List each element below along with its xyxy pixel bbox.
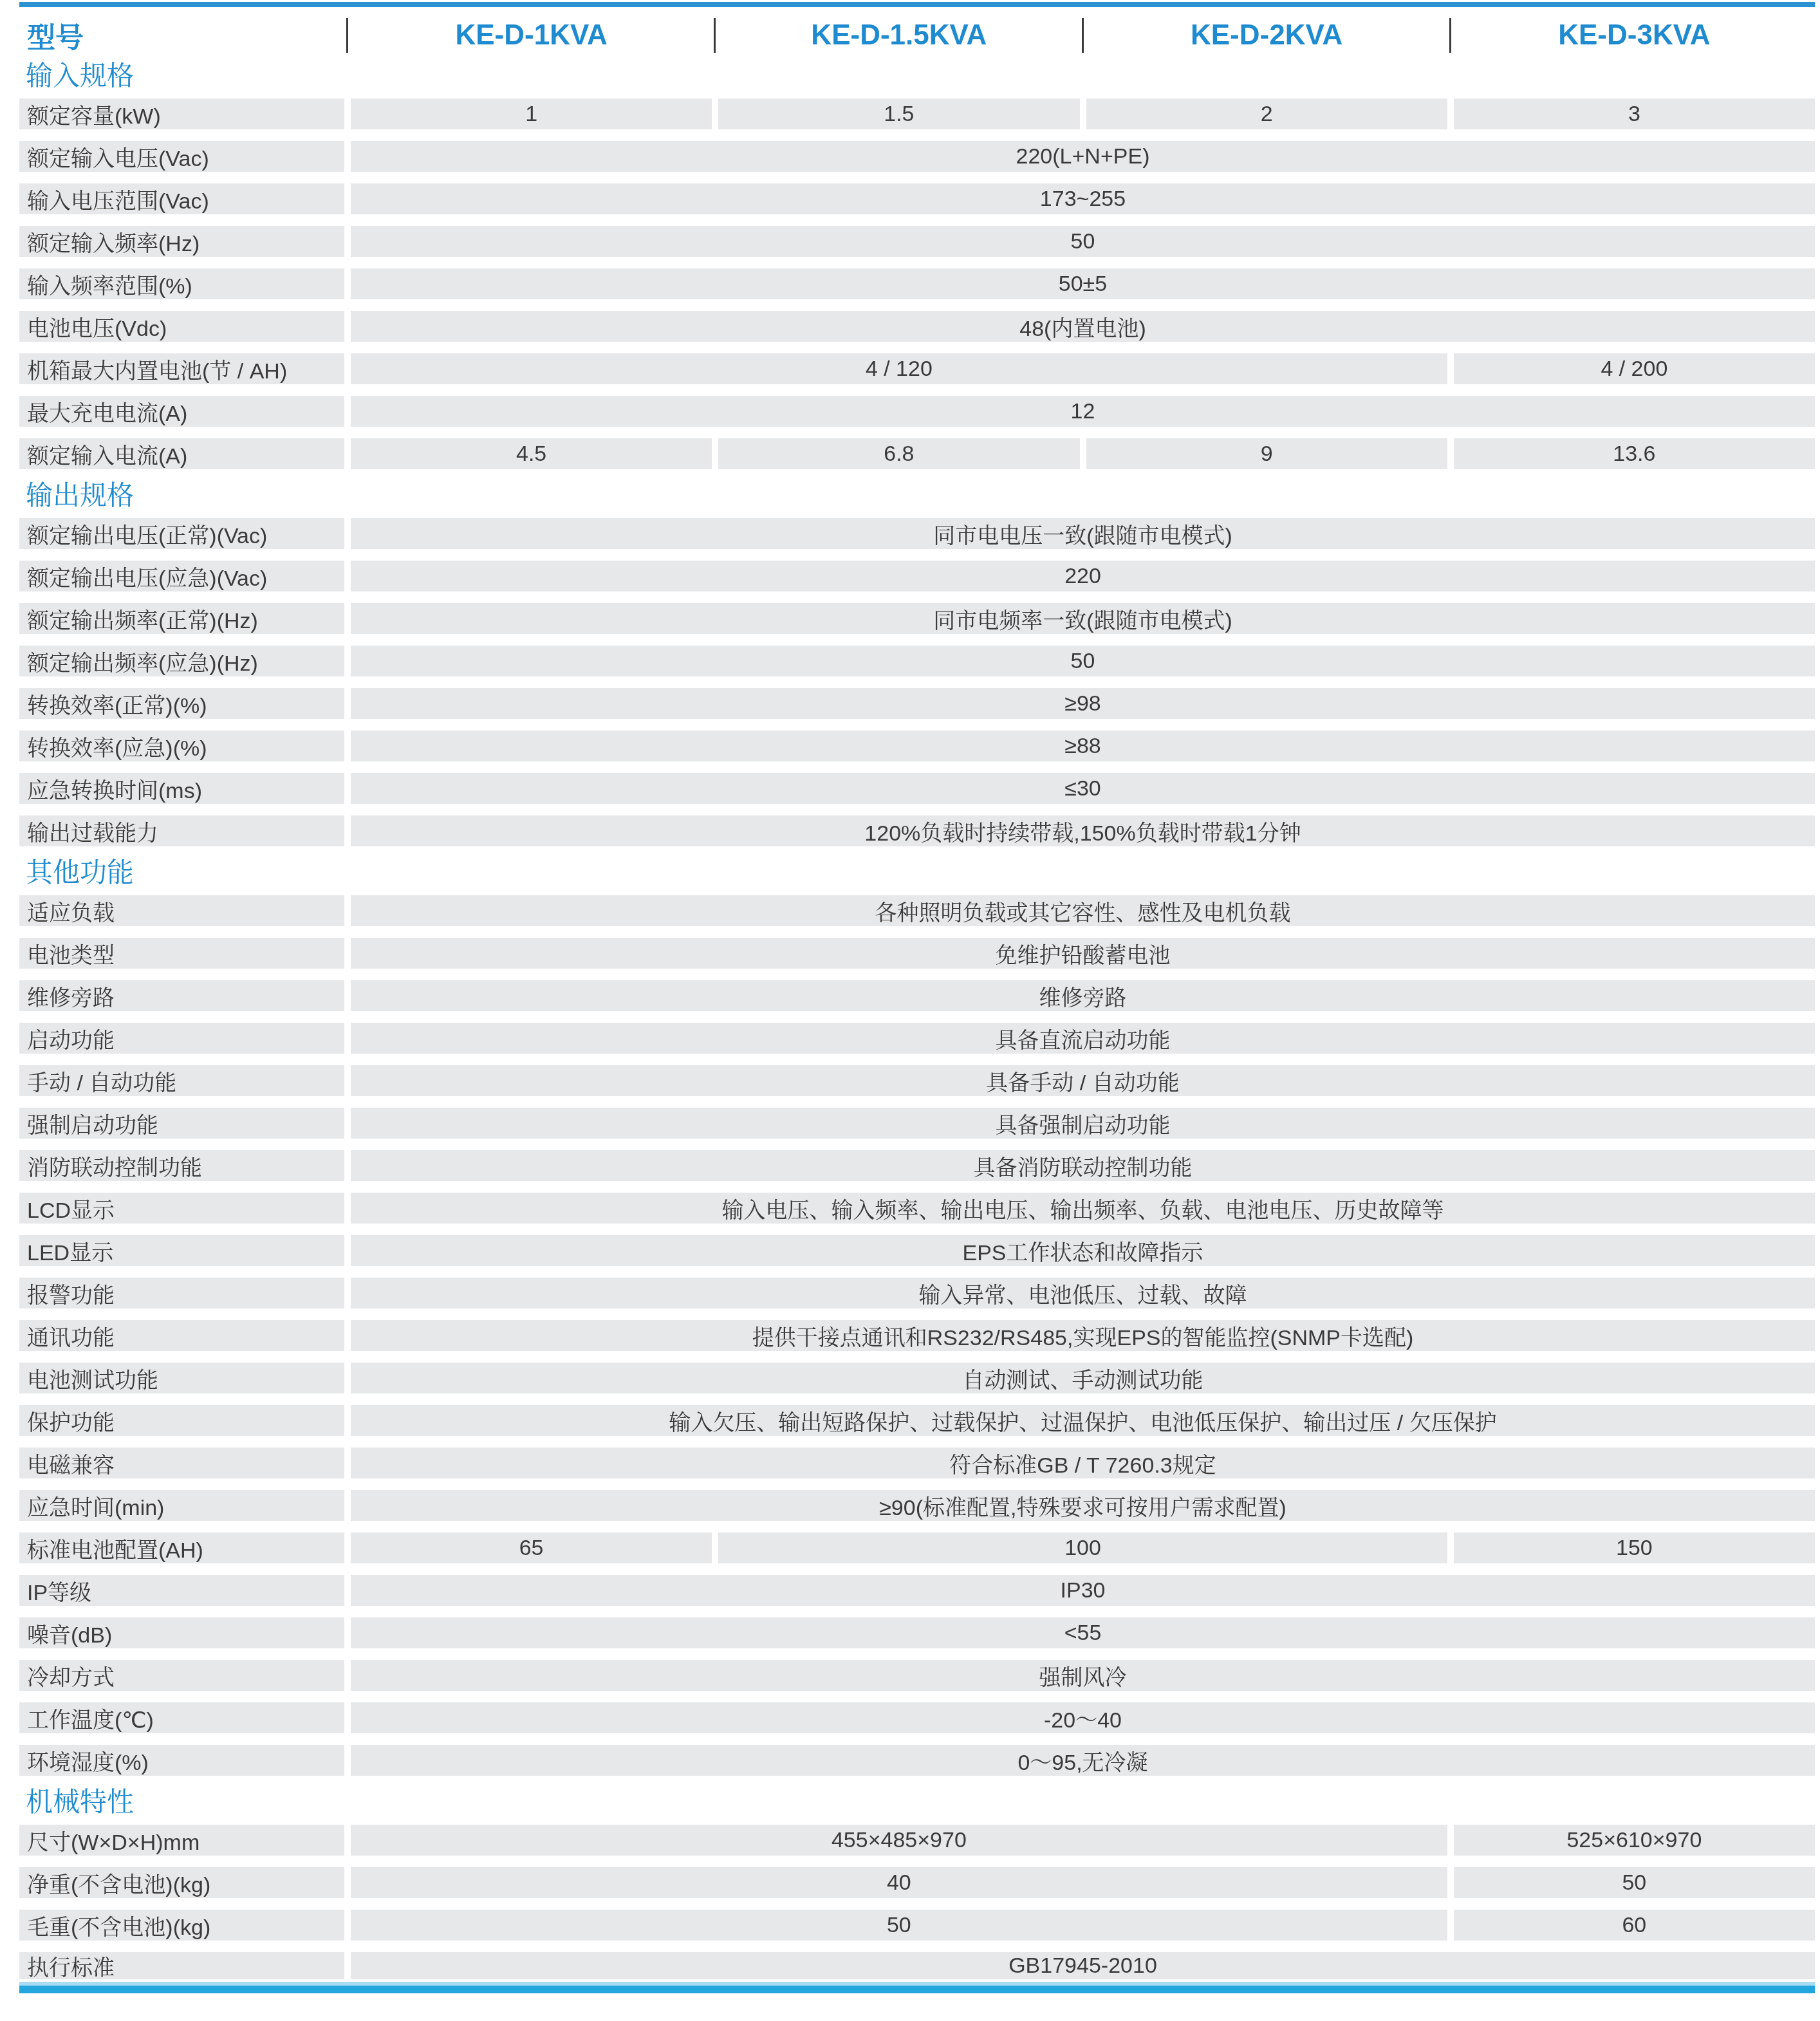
- row-value: 同市电频率一致(跟随市电模式): [351, 603, 1815, 634]
- row-label: 标准电池配置(AH): [19, 1532, 344, 1563]
- row-value: 220: [351, 561, 1815, 591]
- row-value: 13.6: [1454, 438, 1815, 469]
- table-row: 工作温度(℃)-20～40: [19, 1702, 1815, 1733]
- row-label: 强制启动功能: [19, 1108, 344, 1139]
- row-value: 具备消防联动控制功能: [351, 1150, 1815, 1181]
- row-label: 额定输出频率(正常)(Hz): [19, 603, 344, 634]
- row-value: 强制风冷: [351, 1660, 1815, 1691]
- row-value: 2: [1086, 98, 1447, 129]
- table-row: 额定输入频率(Hz)50: [19, 226, 1815, 257]
- table-row: 机箱最大内置电池(节 / AH)4 / 1204 / 200: [19, 353, 1815, 384]
- row-label: 维修旁路: [19, 980, 344, 1011]
- model-name: KE-D-2KVA: [1086, 19, 1447, 51]
- row-value: 具备直流启动功能: [351, 1023, 1815, 1054]
- row-value: 40: [351, 1867, 1447, 1898]
- table-row: 强制启动功能具备强制启动功能: [19, 1108, 1815, 1139]
- row-value: 1: [351, 98, 712, 129]
- row-value: ≥88: [351, 731, 1815, 761]
- row-value: 自动测试、手动测试功能: [351, 1363, 1815, 1393]
- table-row: 输入频率范围(%)50±5: [19, 268, 1815, 299]
- section-title: 机械特性: [26, 1787, 1815, 1817]
- row-label: 执行标准: [19, 1952, 344, 1979]
- row-value: 具备强制启动功能: [351, 1108, 1815, 1139]
- row-value: 9: [1086, 438, 1447, 469]
- row-value: ≤30: [351, 773, 1815, 804]
- model-header-label: 型号: [19, 15, 344, 56]
- row-value: EPS工作状态和故障指示: [351, 1235, 1815, 1266]
- table-row: 维修旁路维修旁路: [19, 980, 1815, 1011]
- row-label: 转换效率(应急)(%): [19, 731, 344, 761]
- row-label: IP等级: [19, 1575, 344, 1606]
- row-label: 额定输出频率(应急)(Hz): [19, 646, 344, 676]
- row-value: 3: [1454, 98, 1815, 129]
- row-value: 50±5: [351, 268, 1815, 299]
- table-row: 尺寸(W×D×H)mm455×485×970525×610×970: [19, 1825, 1815, 1856]
- row-value: ≥90(标准配置,特殊要求可按用户需求配置): [351, 1490, 1815, 1521]
- row-value: ≥98: [351, 688, 1815, 719]
- spec-section: 其他功能适应负载各种照明负载或其它容性、感性及电机负载电池类型免维护铅酸蓄电池维…: [19, 858, 1815, 1776]
- table-row: 额定输出电压(应急)(Vac)220: [19, 561, 1815, 591]
- row-label: 噪音(dB): [19, 1617, 344, 1648]
- table-row: 额定输出电压(正常)(Vac)同市电电压一致(跟随市电模式): [19, 518, 1815, 549]
- row-value: IP30: [351, 1575, 1815, 1606]
- row-label: 电磁兼容: [19, 1448, 344, 1478]
- table-row: 额定输出频率(应急)(Hz)50: [19, 646, 1815, 676]
- table-row: 适应负载各种照明负载或其它容性、感性及电机负载: [19, 895, 1815, 926]
- spec-sheet: 型号 KE-D-1KVAKE-D-1.5KVAKE-D-2KVAKE-D-3KV…: [0, 0, 1820, 2021]
- row-value: 4 / 120: [351, 353, 1447, 384]
- table-row: 启动功能具备直流启动功能: [19, 1023, 1815, 1054]
- row-label: 输入频率范围(%): [19, 268, 344, 299]
- table-row: 应急时间(min)≥90(标准配置,特殊要求可按用户需求配置): [19, 1490, 1815, 1521]
- row-value: 150: [1454, 1532, 1815, 1563]
- table-row: 毛重(不含电池)(kg)5060: [19, 1910, 1815, 1941]
- row-value: 50: [351, 226, 1815, 257]
- row-label: 应急时间(min): [19, 1490, 344, 1521]
- row-label: 输入电压范围(Vac): [19, 183, 344, 214]
- table-row: 电池类型免维护铅酸蓄电池: [19, 938, 1815, 969]
- row-label: 启动功能: [19, 1023, 344, 1054]
- row-label: 转换效率(正常)(%): [19, 688, 344, 719]
- table-row: 报警功能输入异常、电池低压、过载、故障: [19, 1278, 1815, 1309]
- bottom-accent-bar: [19, 1982, 1815, 1993]
- row-label: 保护功能: [19, 1405, 344, 1436]
- table-row: 额定输出频率(正常)(Hz)同市电频率一致(跟随市电模式): [19, 603, 1815, 634]
- table-row: LED显示EPS工作状态和故障指示: [19, 1235, 1815, 1266]
- spec-section: 输入规格额定容量(kW)11.523额定输入电压(Vac)220(L+N+PE)…: [19, 61, 1815, 469]
- row-value: 50: [351, 1910, 1447, 1941]
- section-title: 输入规格: [26, 61, 1815, 91]
- row-value: 同市电电压一致(跟随市电模式): [351, 518, 1815, 549]
- row-label: 额定输出电压(应急)(Vac): [19, 561, 344, 591]
- table-row: 应急转换时间(ms)≤30: [19, 773, 1815, 804]
- model-name: KE-D-1.5KVA: [718, 19, 1079, 51]
- row-value: 50: [1454, 1867, 1815, 1898]
- top-accent-bar: [19, 2, 1815, 7]
- row-value: 各种照明负载或其它容性、感性及电机负载: [351, 895, 1815, 926]
- row-label: 电池电压(Vdc): [19, 311, 344, 342]
- model-header-row: 型号 KE-D-1KVAKE-D-1.5KVAKE-D-2KVAKE-D-3KV…: [19, 15, 1815, 55]
- row-value: 525×610×970: [1454, 1825, 1815, 1856]
- row-label: 额定输出电压(正常)(Vac): [19, 518, 344, 549]
- table-row: 噪音(dB)<55: [19, 1617, 1815, 1648]
- row-value: 455×485×970: [351, 1825, 1447, 1856]
- row-value: 60: [1454, 1910, 1815, 1941]
- spec-sections: 输入规格额定容量(kW)11.523额定输入电压(Vac)220(L+N+PE)…: [19, 61, 1815, 1979]
- row-value: 4.5: [351, 438, 712, 469]
- row-value: 120%负载时持续带载,150%负载时带载1分钟: [351, 815, 1815, 846]
- row-value: GB17945-2010: [351, 1952, 1815, 1979]
- spec-section: 输出规格额定输出电压(正常)(Vac)同市电电压一致(跟随市电模式)额定输出电压…: [19, 481, 1815, 846]
- row-label: 工作温度(℃): [19, 1702, 344, 1733]
- section-title: 输出规格: [26, 481, 1815, 510]
- row-label: 净重(不含电池)(kg): [19, 1867, 344, 1898]
- row-label: 尺寸(W×D×H)mm: [19, 1825, 344, 1856]
- row-value: 输入欠压、输出短路保护、过载保护、过温保护、电池低压保护、输出过压 / 欠压保护: [351, 1405, 1815, 1436]
- row-value: 符合标准GB / T 7260.3规定: [351, 1448, 1815, 1478]
- row-label: 冷却方式: [19, 1660, 344, 1691]
- row-label: 电池测试功能: [19, 1363, 344, 1393]
- row-value: 具备手动 / 自动功能: [351, 1065, 1815, 1096]
- row-label: LCD显示: [19, 1193, 344, 1224]
- row-label: 毛重(不含电池)(kg): [19, 1910, 344, 1941]
- row-value: 6.8: [718, 438, 1079, 469]
- row-value: 50: [351, 646, 1815, 676]
- row-label: 环境湿度(%): [19, 1745, 344, 1776]
- row-value: 4 / 200: [1454, 353, 1815, 384]
- row-value: 173~255: [351, 183, 1815, 214]
- row-value: 输入异常、电池低压、过载、故障: [351, 1278, 1815, 1309]
- table-row: 通讯功能提供干接点通讯和RS232/RS485,实现EPS的智能监控(SNMP卡…: [19, 1320, 1815, 1351]
- row-label: 额定输入电压(Vac): [19, 141, 344, 172]
- row-value: 0～95,无冷凝: [351, 1745, 1815, 1776]
- table-row: 额定输入电压(Vac)220(L+N+PE): [19, 141, 1815, 172]
- row-label: 输出过载能力: [19, 815, 344, 846]
- row-value: 维修旁路: [351, 980, 1815, 1011]
- table-row: 额定输入电流(A)4.56.8913.6: [19, 438, 1815, 469]
- table-row: 手动 / 自动功能具备手动 / 自动功能: [19, 1065, 1815, 1096]
- table-row: IP等级IP30: [19, 1575, 1815, 1606]
- model-name: KE-D-3KVA: [1454, 19, 1815, 51]
- row-value: -20～40: [351, 1702, 1815, 1733]
- row-label: 最大充电电流(A): [19, 396, 344, 427]
- table-row: 电池测试功能自动测试、手动测试功能: [19, 1363, 1815, 1393]
- row-label: 额定容量(kW): [19, 98, 344, 129]
- table-row: 标准电池配置(AH)65100150: [19, 1532, 1815, 1563]
- row-label: 通讯功能: [19, 1320, 344, 1351]
- section-title: 其他功能: [26, 858, 1815, 888]
- row-label: 额定输入频率(Hz): [19, 226, 344, 257]
- row-value: 100: [718, 1532, 1447, 1563]
- table-row: 最大充电电流(A)12: [19, 396, 1815, 427]
- row-value: 免维护铅酸蓄电池: [351, 938, 1815, 969]
- table-row: LCD显示输入电压、输入频率、输出电压、输出频率、负载、电池电压、历史故障等: [19, 1193, 1815, 1224]
- row-value: 提供干接点通讯和RS232/RS485,实现EPS的智能监控(SNMP卡选配): [351, 1320, 1815, 1351]
- model-name: KE-D-1KVA: [351, 19, 712, 51]
- table-row: 输入电压范围(Vac)173~255: [19, 183, 1815, 214]
- table-row: 输出过载能力120%负载时持续带载,150%负载时带载1分钟: [19, 815, 1815, 846]
- row-label: 消防联动控制功能: [19, 1150, 344, 1181]
- row-label: 应急转换时间(ms): [19, 773, 344, 804]
- table-row: 环境湿度(%)0～95,无冷凝: [19, 1745, 1815, 1776]
- row-value: 12: [351, 396, 1815, 427]
- row-value: 65: [351, 1532, 712, 1563]
- spec-section: 机械特性尺寸(W×D×H)mm455×485×970525×610×970净重(…: [19, 1787, 1815, 1979]
- row-label: 额定输入电流(A): [19, 438, 344, 469]
- row-value: 输入电压、输入频率、输出电压、输出频率、负载、电池电压、历史故障等: [351, 1193, 1815, 1224]
- row-value: <55: [351, 1617, 1815, 1648]
- table-row: 电池电压(Vdc)48(内置电池): [19, 311, 1815, 342]
- row-value: 1.5: [718, 98, 1079, 129]
- row-label: 机箱最大内置电池(节 / AH): [19, 353, 344, 384]
- table-row: 执行标准GB17945-2010: [19, 1952, 1815, 1979]
- table-row: 消防联动控制功能具备消防联动控制功能: [19, 1150, 1815, 1181]
- row-label: 电池类型: [19, 938, 344, 969]
- table-row: 净重(不含电池)(kg)4050: [19, 1867, 1815, 1898]
- row-value: 220(L+N+PE): [351, 141, 1815, 172]
- table-row: 保护功能输入欠压、输出短路保护、过载保护、过温保护、电池低压保护、输出过压 / …: [19, 1405, 1815, 1436]
- table-row: 转换效率(正常)(%)≥98: [19, 688, 1815, 719]
- row-value: 48(内置电池): [351, 311, 1815, 342]
- table-row: 额定容量(kW)11.523: [19, 98, 1815, 129]
- table-row: 电磁兼容符合标准GB / T 7260.3规定: [19, 1448, 1815, 1478]
- row-label: LED显示: [19, 1235, 344, 1266]
- table-row: 转换效率(应急)(%)≥88: [19, 731, 1815, 761]
- table-row: 冷却方式强制风冷: [19, 1660, 1815, 1691]
- row-label: 适应负载: [19, 895, 344, 926]
- row-label: 报警功能: [19, 1278, 344, 1309]
- row-label: 手动 / 自动功能: [19, 1065, 344, 1096]
